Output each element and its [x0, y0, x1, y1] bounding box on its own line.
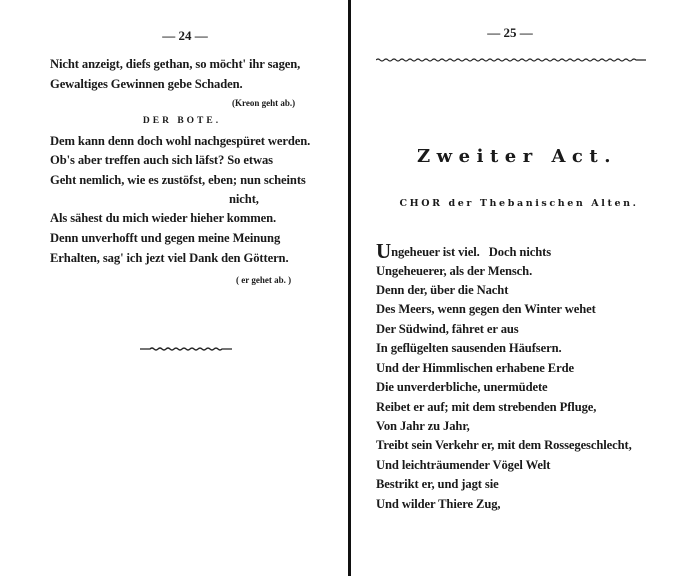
page-number-25: — 25 —	[487, 25, 533, 41]
text-line: Dem kann denn doch wohl nachgespüret wer…	[50, 134, 310, 148]
verse-line: Und leichträumender Vögel Welt	[376, 458, 550, 472]
wavy-rule-header	[376, 56, 646, 64]
chorus-heading: CHOR der Thebanischen Alten.	[399, 198, 638, 209]
book-spine-divider	[348, 0, 351, 576]
drop-cap: U	[376, 239, 391, 263]
right-page: — 25 — Zweiter Act. CHOR der Thebanische…	[352, 0, 698, 576]
verse-line: Bestrikt er, und jagt sie	[376, 477, 499, 491]
speaker-heading: DER BOTE.	[143, 116, 221, 126]
act-title: Zweiter Act.	[417, 146, 617, 167]
verse-line: In geflügelten sausenden Häufsern.	[376, 341, 562, 355]
text-line: Als sähest du mich wieder hieher kommen.	[50, 211, 276, 225]
text-line: Geht nemlich, wie es zustöfst, eben; nun…	[50, 173, 306, 187]
text-line: Ob's aber treffen auch sich läfst? So et…	[50, 153, 273, 167]
verse-line: Reibet er auf; mit dem strebenden Pfluge…	[376, 400, 596, 414]
verse-line: Der Südwind, fähret er aus	[376, 322, 519, 336]
wavy-rule-divider	[140, 345, 232, 353]
verse-line: Die unverderbliche, unermüdete	[376, 380, 548, 394]
stage-direction-kreon-exits: (Kreon geht ab.)	[232, 98, 295, 108]
text-line: Denn unverhofft und gegen meine Meinung	[50, 231, 280, 245]
verse-line: Und wilder Thiere Zug,	[376, 497, 500, 511]
verse-line: Und der Himmlischen erhabene Erde	[376, 361, 574, 375]
verse-line: Ungeheuerer, als der Mensch.	[376, 264, 532, 278]
text-line: Nicht anzeigt, diefs gethan, so möcht' i…	[50, 57, 300, 71]
verse-line: Von Jahr zu Jahr,	[376, 419, 470, 433]
stage-direction-exit: ( er gehet ab. )	[236, 275, 291, 285]
page-number-24: — 24 —	[162, 28, 208, 44]
verse-line-rest: ngeheuer ist viel. Doch nichts	[391, 245, 551, 259]
text-line: Gewaltiges Gewinnen gebe Schaden.	[50, 77, 243, 91]
verse-line-first: Ungeheuer ist viel. Doch nichts	[376, 244, 551, 259]
verse-line: Des Meers, wenn gegen den Winter wehet	[376, 302, 596, 316]
text-line-continuation: nicht,	[229, 192, 259, 206]
text-line: Erhalten, sag' ich jezt viel Dank den Gö…	[50, 251, 289, 265]
left-page: — 24 — Nicht anzeigt, diefs gethan, so m…	[0, 0, 349, 576]
verse-line: Treibt sein Verkehr er, mit dem Rosseges…	[376, 438, 632, 452]
verse-line: Denn der, über die Nacht	[376, 283, 508, 297]
